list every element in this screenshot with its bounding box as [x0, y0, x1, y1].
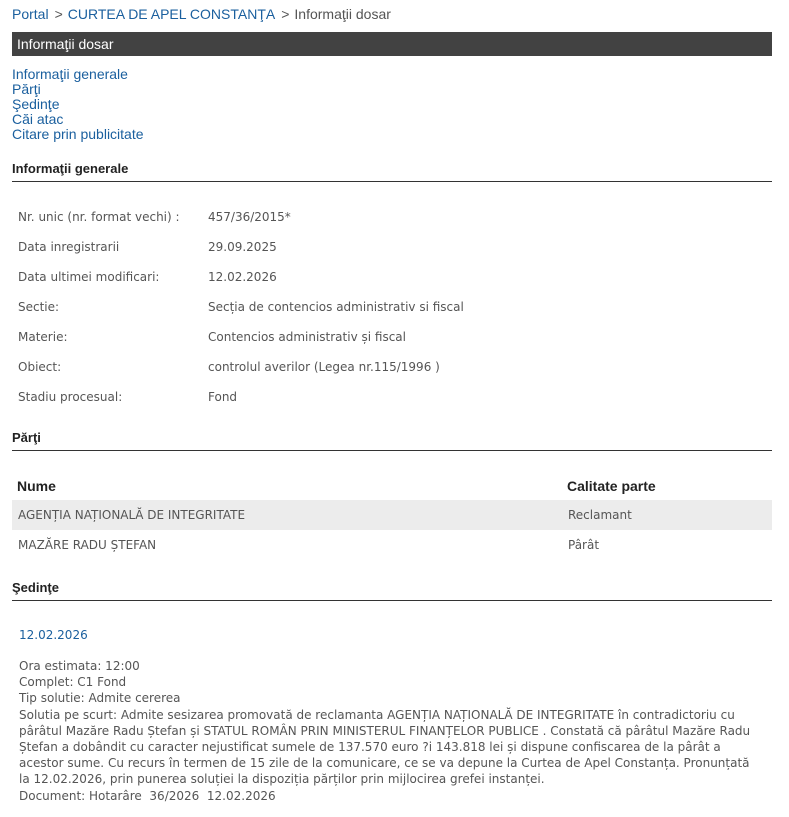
section-heading-parti: Părţi — [12, 430, 772, 451]
toc-link-cai-atac[interactable]: Căi atac — [12, 112, 144, 127]
field-value: Fond — [208, 390, 237, 404]
section-heading-sedinte: Şedinţe — [12, 580, 772, 601]
field-label: Sectie: — [18, 300, 59, 314]
table-row: AGENȚIA NAȚIONALĂ DE INTEGRITATE Reclama… — [12, 500, 772, 530]
session-solution-type: Tip solutie: Admite cererea — [19, 690, 759, 706]
field-value: controlul averilor (Legea nr.115/1996 ) — [208, 360, 440, 374]
field-label: Data ultimei modificari: — [18, 270, 159, 284]
session-solution-summary: Solutia pe scurt: Admite sesizarea promo… — [19, 707, 759, 788]
table-row: MAZĂRE RADU ȘTEFAN Pârât — [12, 530, 772, 560]
table-header: Nume Calitate parte — [12, 470, 772, 500]
toc-link-parti[interactable]: Părţi — [12, 82, 144, 97]
toc-link-citare[interactable]: Citare prin publicitate — [12, 127, 144, 142]
session-panel: Complet: C1 Fond — [19, 674, 759, 690]
toc-link-sedinte[interactable]: Şedinţe — [12, 97, 144, 112]
session-date: 12.02.2026 — [19, 628, 88, 642]
field-value: Contencios administrativ și fiscal — [208, 330, 406, 344]
column-header-calitate: Calitate parte — [567, 478, 656, 494]
party-role: Reclamant — [568, 508, 632, 522]
party-role: Pârât — [568, 538, 599, 552]
breadcrumb: Portal>CURTEA DE APEL CONSTANŢA>Informaţ… — [12, 6, 391, 22]
toc-link-informatii-generale[interactable]: Informaţii generale — [12, 67, 144, 82]
parties-table: Nume Calitate parte AGENȚIA NAȚIONALĂ DE… — [12, 470, 772, 560]
table-of-contents: Informaţii generale Părţi Şedinţe Căi at… — [12, 67, 144, 142]
breadcrumb-separator: > — [281, 6, 289, 22]
field-label: Materie: — [18, 330, 68, 344]
field-value: 12.02.2026 — [208, 270, 277, 284]
field-label: Obiect: — [18, 360, 61, 374]
field-label: Nr. unic (nr. format vechi) : — [18, 210, 180, 224]
field-value: 457/36/2015* — [208, 210, 291, 224]
section-heading-general: Informaţii generale — [12, 161, 772, 182]
party-name: MAZĂRE RADU ȘTEFAN — [18, 538, 156, 552]
session-document: Document: Hotarâre 36/2026 12.02.2026 — [19, 788, 759, 804]
page-title-bar: Informaţii dosar — [12, 32, 772, 56]
breadcrumb-separator: > — [55, 6, 63, 22]
session-time: Ora estimata: 12:00 — [19, 658, 759, 674]
field-value: 29.09.2025 — [208, 240, 277, 254]
field-value: Secția de contencios administrativ si fi… — [208, 300, 464, 314]
breadcrumb-current: Informaţii dosar — [294, 6, 390, 22]
session-details: Ora estimata: 12:00 Complet: C1 Fond Tip… — [19, 658, 759, 804]
field-label: Data inregistrarii — [18, 240, 119, 254]
field-label: Stadiu procesual: — [18, 390, 122, 404]
breadcrumb-portal-link[interactable]: Portal — [12, 6, 49, 22]
column-header-nume: Nume — [17, 478, 56, 494]
party-name: AGENȚIA NAȚIONALĂ DE INTEGRITATE — [18, 508, 245, 522]
breadcrumb-court-link[interactable]: CURTEA DE APEL CONSTANŢA — [68, 6, 275, 22]
